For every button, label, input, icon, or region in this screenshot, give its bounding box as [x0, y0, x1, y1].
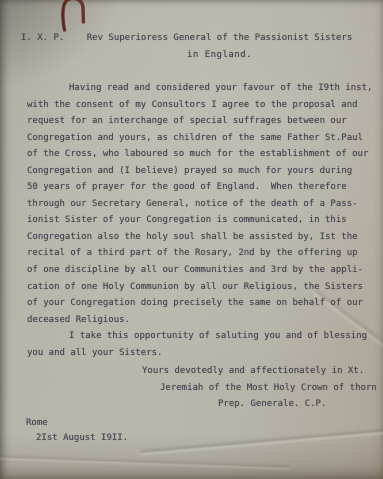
letter-line: of your Congregation doing precisely the…	[27, 295, 369, 312]
letter-line: recital of a third part of the Rosary, 2…	[27, 245, 369, 262]
letter-line: through our Secretary General, notice of…	[27, 196, 369, 213]
letter-date: 2Ist August I9II.	[36, 430, 128, 447]
letter-signature-title: Prep. Generale. C.P.	[218, 396, 326, 413]
letter-body: Having read and considered your favour o…	[27, 80, 369, 361]
letter-line: with the consent of my Consultors I agre…	[27, 97, 369, 114]
addressee-line-2: in England.	[64, 47, 375, 64]
letter-valediction: Yours devotedly and affectionately in Xt…	[142, 363, 364, 380]
letter-line: request for an interchange of special su…	[27, 113, 369, 130]
scanned-letter-page: I. X. P. Rev Superioress General of the …	[0, 0, 383, 479]
paper-wrinkle	[140, 424, 383, 457]
letter-line: of the Cross, who laboured so much for t…	[27, 146, 369, 163]
paper-wrinkle	[0, 453, 290, 471]
letter-addressee: Rev Superioress General of the Passionis…	[64, 30, 375, 63]
letter-line: Congregation and yours, as children of t…	[27, 130, 369, 147]
letter-line: cation of one Holy Communion by all our …	[27, 279, 369, 296]
letter-line: of one discipline by all our Communities…	[27, 262, 369, 279]
letter-line: deceased Religious.	[27, 312, 369, 329]
letter-line: I take this opportunity of saluting you …	[27, 328, 369, 345]
letter-line: ionist Sister of your Congregation is co…	[27, 212, 369, 229]
letter-line: Congregation also the holy soul shall be…	[27, 229, 369, 246]
letter-monogram: I. X. P.	[21, 30, 64, 47]
letter-line: you and all your Sisters.	[27, 345, 369, 362]
letter-line: Having read and considered your favour o…	[27, 80, 369, 97]
letter-line: Congregation and (I believe) prayed so m…	[27, 163, 369, 180]
letter-line: 50 years of prayer for the good of Engla…	[27, 179, 369, 196]
addressee-line-1: Rev Superioress General of the Passionis…	[64, 30, 375, 47]
letter-signature-name: Jeremiah of the Most Holy Crown of thorn	[160, 380, 377, 397]
